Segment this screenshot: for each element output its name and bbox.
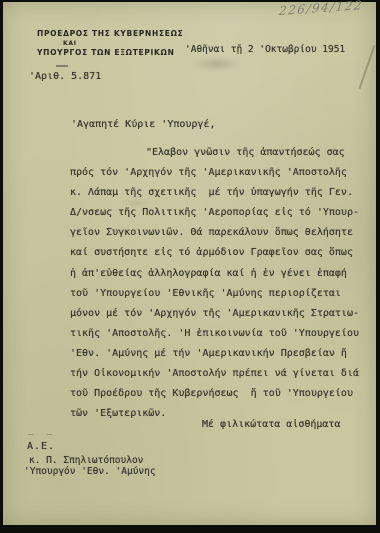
recipient-marks: — — [28,430,56,440]
body-line: 'Εθν. 'Αμύνης μέ τήν 'Αμερικανικήν Πρεσβ… [70,344,359,364]
protocol-number: 'Αριθ. 5.871 [29,71,101,82]
body-line: τήν Οἰκονομικήν 'Αποστολήν πρέπει νά γίν… [70,364,359,384]
letterhead-kai: ΚΑΙ [63,40,77,47]
letterhead-office-line2: ΥΠΟΥΡΓΟΣ ΤΩΝ ΕΞΩΤΕΡΙΚΩΝ [37,48,175,57]
body-line: τοῦ 'Υπουργείου 'Εθνικῆς 'Αμύνης περιορί… [70,284,359,304]
body-line: τικῆς 'Αποστολῆς. 'Η ἐπικοινωνία τοῦ 'Υπ… [70,324,359,344]
letterhead-divider [56,65,68,67]
body-line: καί συστήσητε εἰς τό ἁρμόδιον Γραφεῖον σ… [70,243,359,263]
letter-page: 226/94/122 ΠΡΟΕΔΡΟΣ ΤΗΣ ΚΥΒΕΡΝΗΣΕΩΣ ΚΑΙ … [3,2,376,525]
archive-annotation: 226/94/122 [278,0,363,18]
dateline: 'Αθῆναι τῇ 2 'Οκτωβρίου 1951 [185,44,345,55]
body-line: "Ελαβον γνῶσιν τῆς ἀπαντήσεώς σας [70,143,359,163]
letterhead-office-line1: ΠΡΟΕΔΡΟΣ ΤΗΣ ΚΥΒΕΡΝΗΣΕΩΣ [37,29,184,38]
body-line: μόνον μέ τόν 'Αρχηγόν τῆς 'Αμερικανικῆς … [70,304,359,324]
paper-crease [359,45,375,89]
salutation: 'Αγαπητέ Κύριε 'Υπουργέ, [71,119,216,130]
body-line: Δ/νσεως τῆς Πολιτικῆς 'Αεροπορίας εἰς τό… [70,203,359,223]
recipient-name: κ. Π. Σπηλιωτόπουλον [29,455,143,466]
body-line: γεῖον Συγκοινωνιῶν. Θά παρεκάλουν ὅπως θ… [70,223,359,243]
body-line: ἡ ἀπ'εὐθείας ἀλληλογραφία καί ἡ ἐν γένει… [70,264,359,284]
paper-stain [191,56,243,72]
recipient-honorific: Α.Ε. [27,441,55,452]
scanned-letter: 226/94/122 ΠΡΟΕΔΡΟΣ ΤΗΣ ΚΥΒΕΡΝΗΣΕΩΣ ΚΑΙ … [0,0,380,533]
body-line: κ. Λάπαμ τῆς σχετικῆς μέ τήν ὑπαγωγήν τῆ… [70,183,359,203]
body-line: πρός τόν 'Αρχηγόν τῆς 'Αμερικανικῆς 'Απο… [70,163,359,183]
closing-phrase: Μέ φιλικώτατα αἰσθήματα [202,419,340,430]
recipient-title: 'Υπουργόν 'Εθν. 'Αμύνης [24,466,156,477]
body-line: τοῦ Προέδρου τῆς Κυβερνήσεως ἤ τοῦ 'Υπου… [70,384,359,404]
letter-body: "Ελαβον γνῶσιν τῆς ἀπαντήσεώς σας πρός τ… [70,143,359,424]
